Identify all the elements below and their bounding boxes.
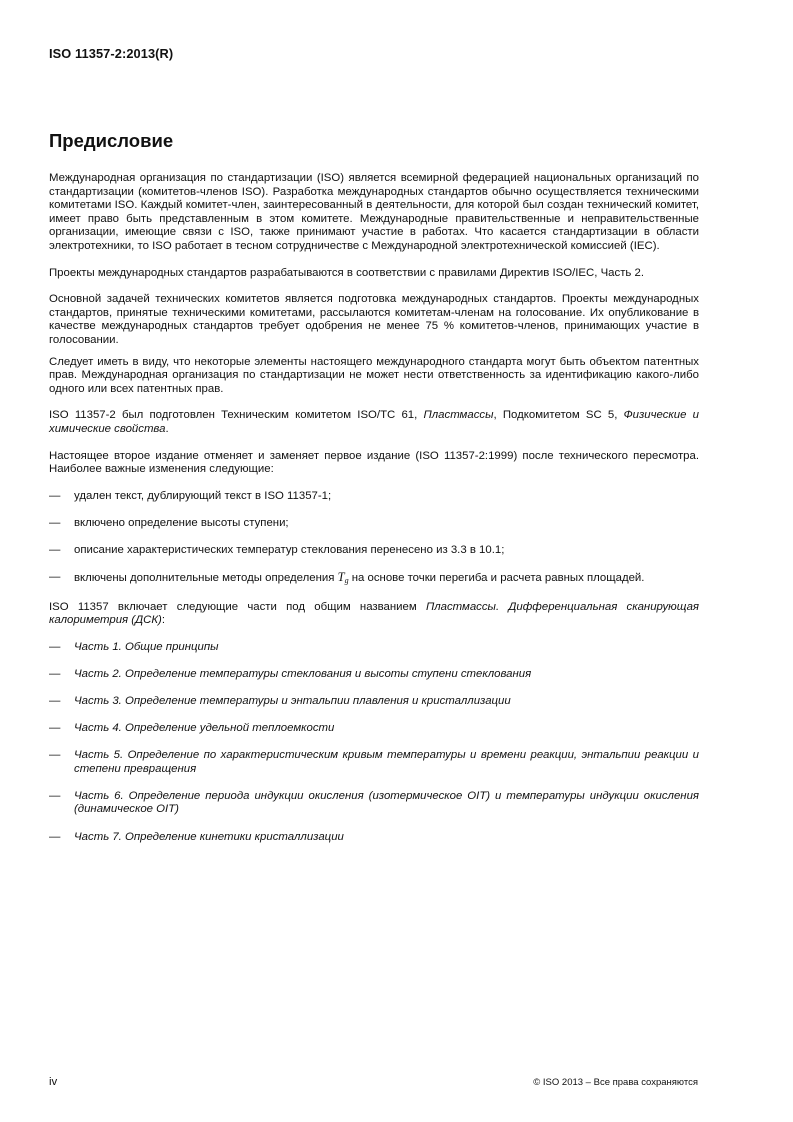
part-title: Часть 4. Определение удельной теплоемкос… [74,722,699,736]
dash-bullet: — [49,749,74,776]
dash-bullet: — [49,722,74,736]
part-title: Часть 5. Определение по характеристическ… [74,749,699,776]
part-item: —Часть 1. Общие принципы [49,641,699,655]
dash-bullet: — [49,571,74,588]
change-text-end: на основе точки перегиба и расчета равны… [349,572,645,584]
document-id: ISO 11357-2:2013(R) [49,46,173,61]
paragraph-edition: Настоящее второе издание отменяет и заме… [49,450,699,477]
tg-symbol: Tg [338,570,349,584]
change-item: —удален текст, дублирующий текст в ISO 1… [49,490,699,504]
part-item: —Часть 6. Определение периода индукции о… [49,790,699,817]
part-item: —Часть 7. Определение кинетики кристалли… [49,831,699,845]
dash-bullet: — [49,517,74,531]
period: . [165,423,168,435]
paragraph-committees: Основной задачей технических комитетов я… [49,293,699,347]
dash-bullet: — [49,790,74,817]
parts-intro-text: ISO 11357 включает следующие части под о… [49,601,426,613]
part-title: Часть 2. Определение температуры стеклов… [74,668,699,682]
prepared-by-text: ISO 11357-2 был подготовлен Техническим … [49,409,423,421]
change-text: включены дополнительные методы определен… [74,571,699,588]
section-title: Предисловие [49,130,173,152]
part-item: —Часть 2. Определение температуры стекло… [49,668,699,682]
change-text: включено определение высоты ступени; [74,517,699,531]
dash-bullet: — [49,668,74,682]
paragraph-iso-intro: Международная организация по стандартиза… [49,172,699,254]
paragraph-parts-intro: ISO 11357 включает следующие части под о… [49,601,699,628]
committee-name: Пластмассы [423,409,493,421]
change-item: —включено определение высоты ступени; [49,517,699,531]
dash-bullet: — [49,695,74,709]
copyright-notice: © ISO 2013 – Все права сохраняются [533,1077,698,1088]
paragraph-patents: Следует иметь в виду, что некоторые элем… [49,356,699,397]
change-text: описание характеристических температур с… [74,544,699,558]
dash-bullet: — [49,831,74,845]
part-item: —Часть 3. Определение температуры и энта… [49,695,699,709]
part-title: Часть 7. Определение кинетики кристаллиз… [74,831,699,845]
part-item: —Часть 4. Определение удельной теплоемко… [49,722,699,736]
tg-letter: T [338,570,345,584]
change-text-start: включены дополнительные методы определен… [74,572,338,584]
dash-bullet: — [49,641,74,655]
dash-bullet: — [49,490,74,504]
part-title: Часть 1. Общие принципы [74,641,699,655]
page-number: iv [49,1076,57,1088]
change-item: —включены дополнительные методы определе… [49,571,699,588]
foreword-body: Международная организация по стандартиза… [49,172,699,858]
colon: : [162,614,165,626]
part-title: Часть 6. Определение периода индукции ок… [74,790,699,817]
part-item: —Часть 5. Определение по характеристичес… [49,749,699,776]
part-title: Часть 3. Определение температуры и энтал… [74,695,699,709]
change-text: удален текст, дублирующий текст в ISO 11… [74,490,699,504]
paragraph-directives: Проекты международных стандартов разраба… [49,267,699,281]
paragraph-prepared-by: ISO 11357-2 был подготовлен Техническим … [49,409,699,436]
change-item: —описание характеристических температур … [49,544,699,558]
dash-bullet: — [49,544,74,558]
subcommittee-text: , Подкомитетом SC 5, [493,409,623,421]
